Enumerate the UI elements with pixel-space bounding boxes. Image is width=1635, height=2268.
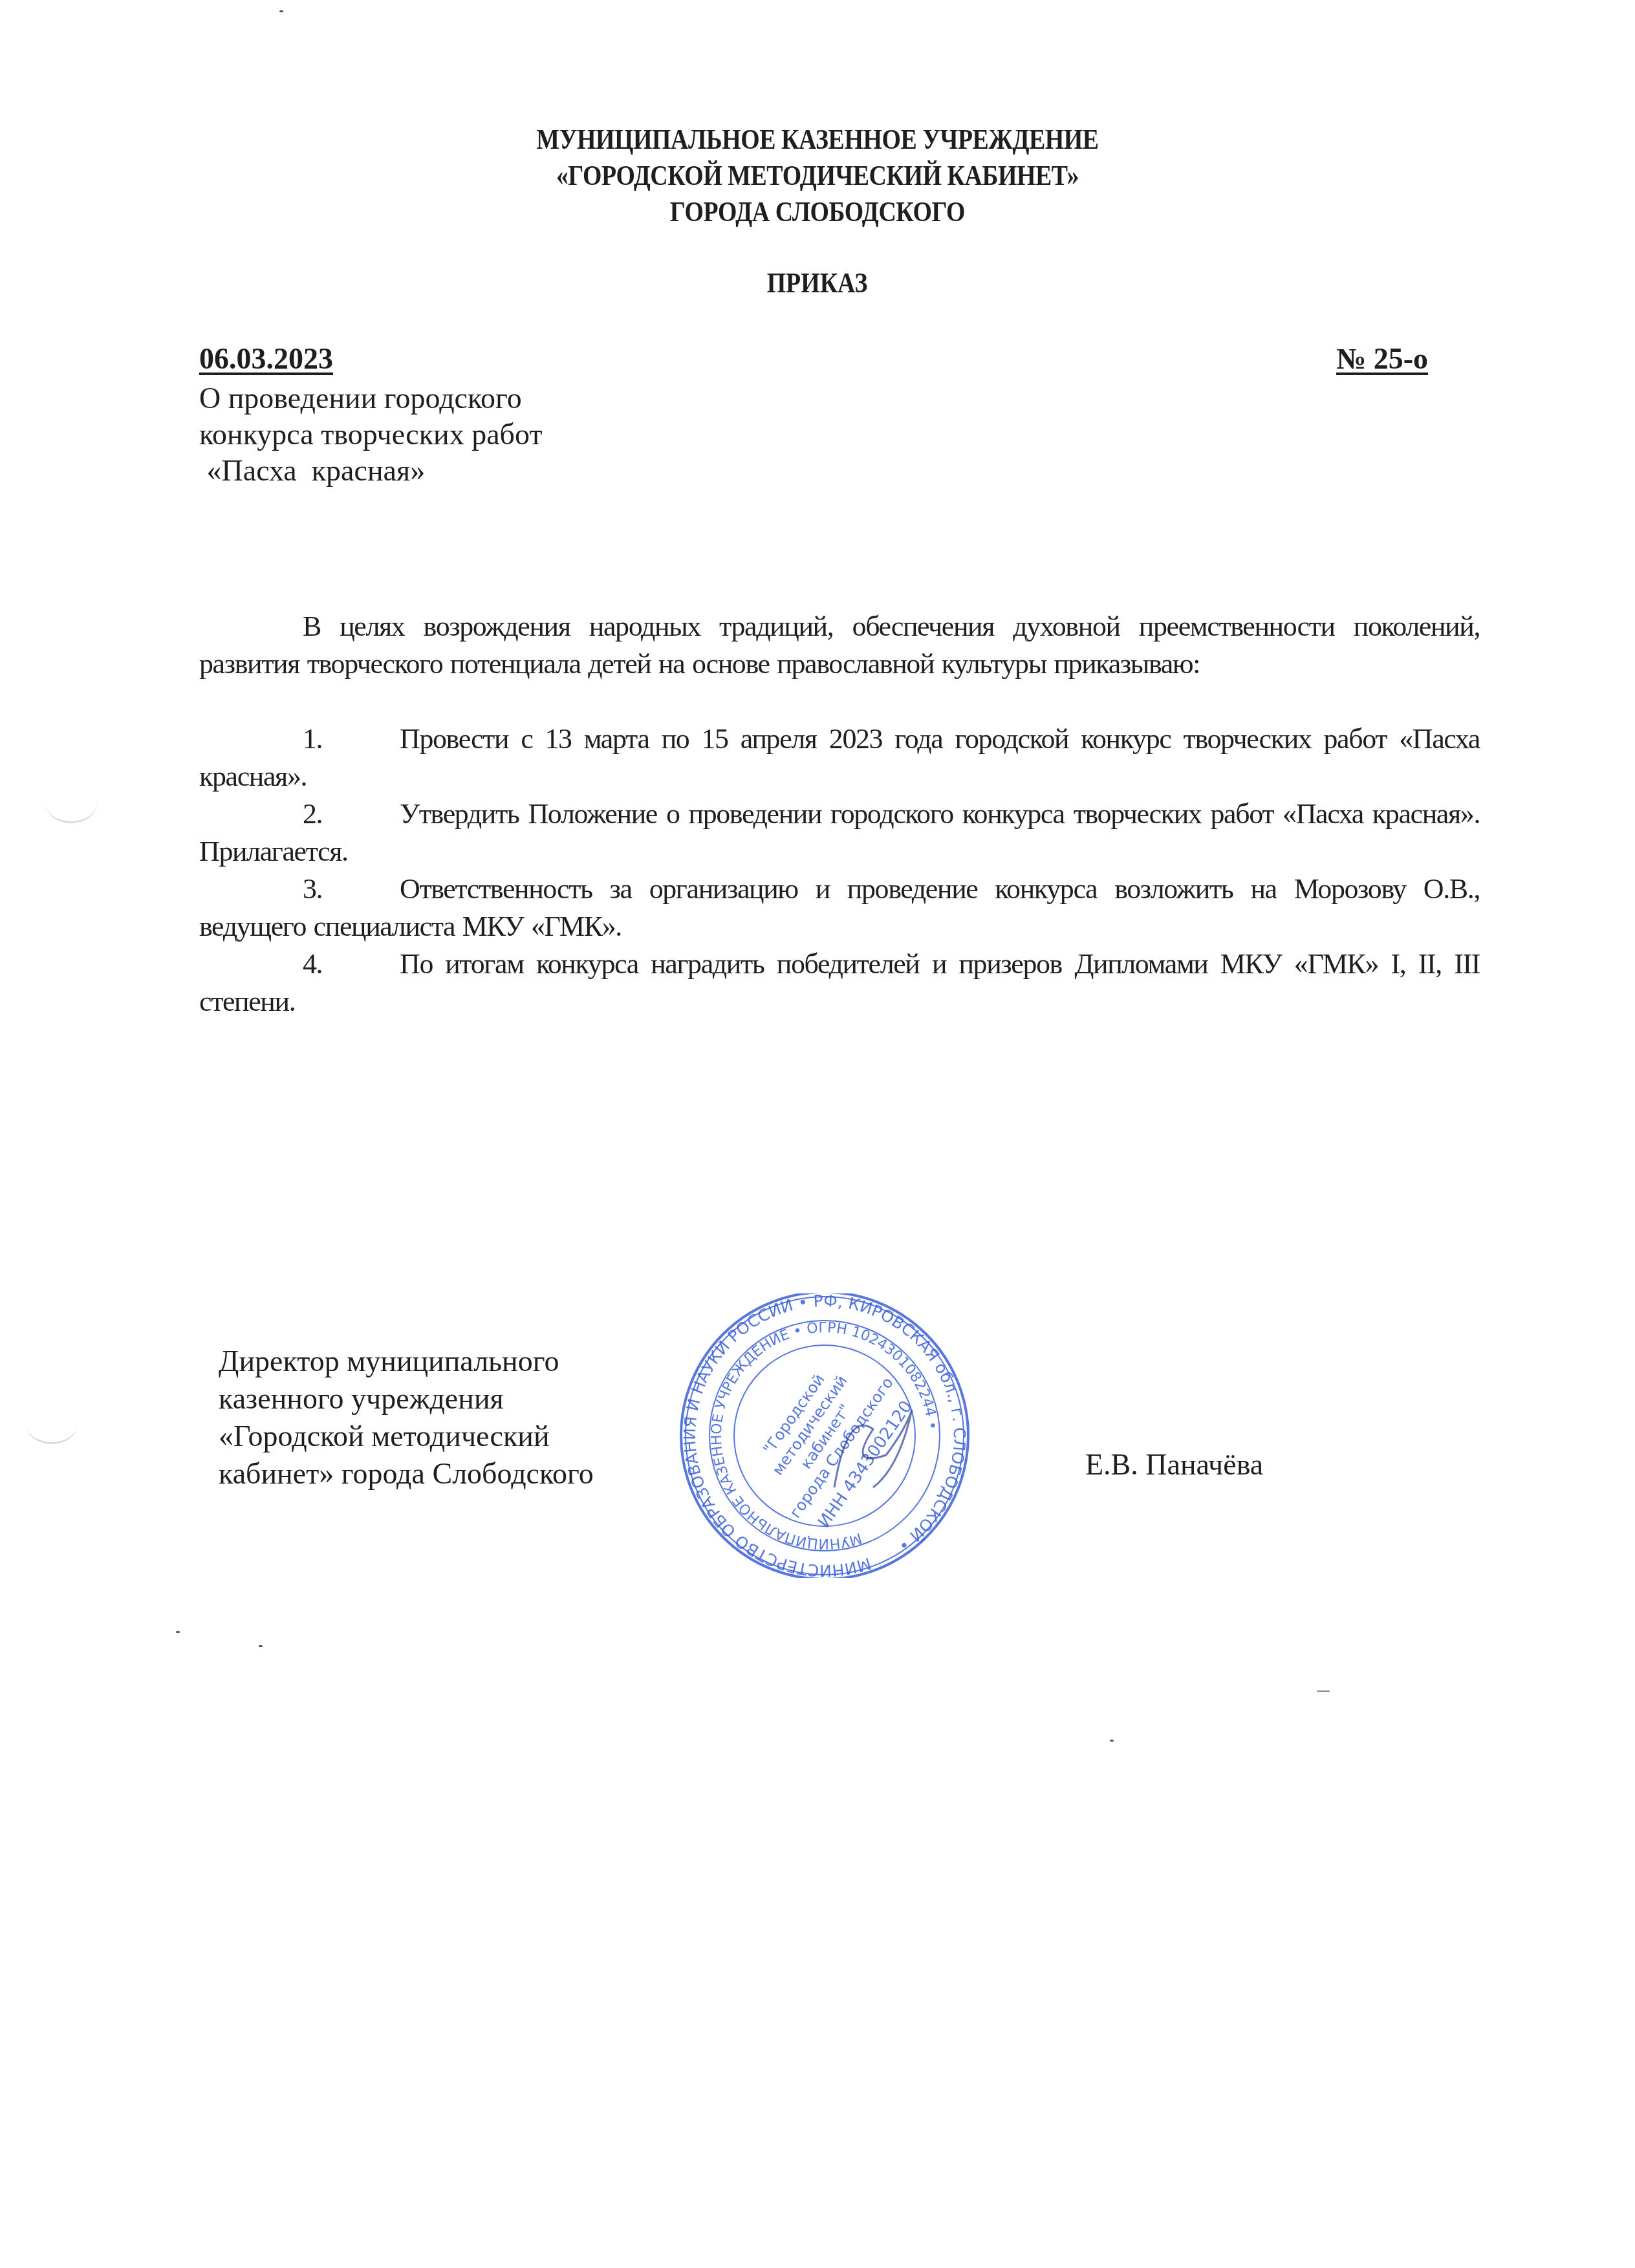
signatory-name: Е.В. Паначёва xyxy=(1085,1447,1263,1482)
order-item: 4.По итогам конкурса наградить победител… xyxy=(199,945,1480,1021)
subject-line-2: конкурса творческих работ xyxy=(199,416,542,453)
item-number: 4. xyxy=(303,945,400,983)
scan-speck xyxy=(176,1631,180,1633)
order-item: 3.Ответственность за организацию и прове… xyxy=(199,870,1480,945)
position-line-3: «Городской методический xyxy=(219,1418,594,1455)
subject-line-3: «Пасха красная» xyxy=(199,453,542,489)
position-line-1: Директор муниципального xyxy=(219,1343,594,1380)
punch-hole-mark xyxy=(45,783,97,823)
punch-hole-mark xyxy=(26,1403,78,1444)
signatory-position: Директор муниципального казенного учрежд… xyxy=(219,1343,594,1493)
order-item: 1.Провести с 13 марта по 15 апреля 2023 … xyxy=(199,720,1480,795)
order-subject: О проведении городского конкурса творчес… xyxy=(199,380,542,489)
organization-header: МУНИЦИПАЛЬНОЕ КАЗЕННОЕ УЧРЕЖДЕНИЕ «ГОРОД… xyxy=(0,122,1635,230)
header-line-2: «ГОРОДСКОЙ МЕТОДИЧЕСКИЙ КАБИНЕТ» xyxy=(114,158,1521,194)
preamble: В целях возрождения народных традиций, о… xyxy=(199,608,1480,683)
stamp-seal-icon: МИНИСТЕРСТВО ОБРАЗОВАНИЯ И НАУКИ РОССИИ … xyxy=(673,1293,977,1578)
official-stamp: МИНИСТЕРСТВО ОБРАЗОВАНИЯ И НАУКИ РОССИИ … xyxy=(673,1293,977,1578)
scan-speck xyxy=(279,10,283,12)
item-number: 3. xyxy=(303,870,400,908)
scan-speck xyxy=(1110,1740,1114,1742)
item-number: 1. xyxy=(303,720,400,758)
scan-speck xyxy=(259,1645,263,1647)
order-number: № 25-о xyxy=(1336,341,1428,376)
order-item: 2.Утвердить Положение о проведении город… xyxy=(199,795,1480,870)
subject-line-1: О проведении городского xyxy=(199,380,542,416)
order-date: 06.03.2023 xyxy=(199,341,333,376)
document-type: ПРИКАЗ xyxy=(0,266,1635,299)
header-line-1: МУНИЦИПАЛЬНОЕ КАЗЕННОЕ УЧРЕЖДЕНИЕ xyxy=(114,122,1521,158)
order-body: В целях возрождения народных традиций, о… xyxy=(199,608,1480,1021)
position-line-4: кабинет» города Слободского xyxy=(219,1455,594,1493)
position-line-2: казенного учреждения xyxy=(219,1380,594,1418)
header-line-3: ГОРОДА СЛОБОДСКОГО xyxy=(114,194,1521,230)
scan-speck xyxy=(1317,1690,1330,1692)
item-number: 2. xyxy=(303,795,400,833)
